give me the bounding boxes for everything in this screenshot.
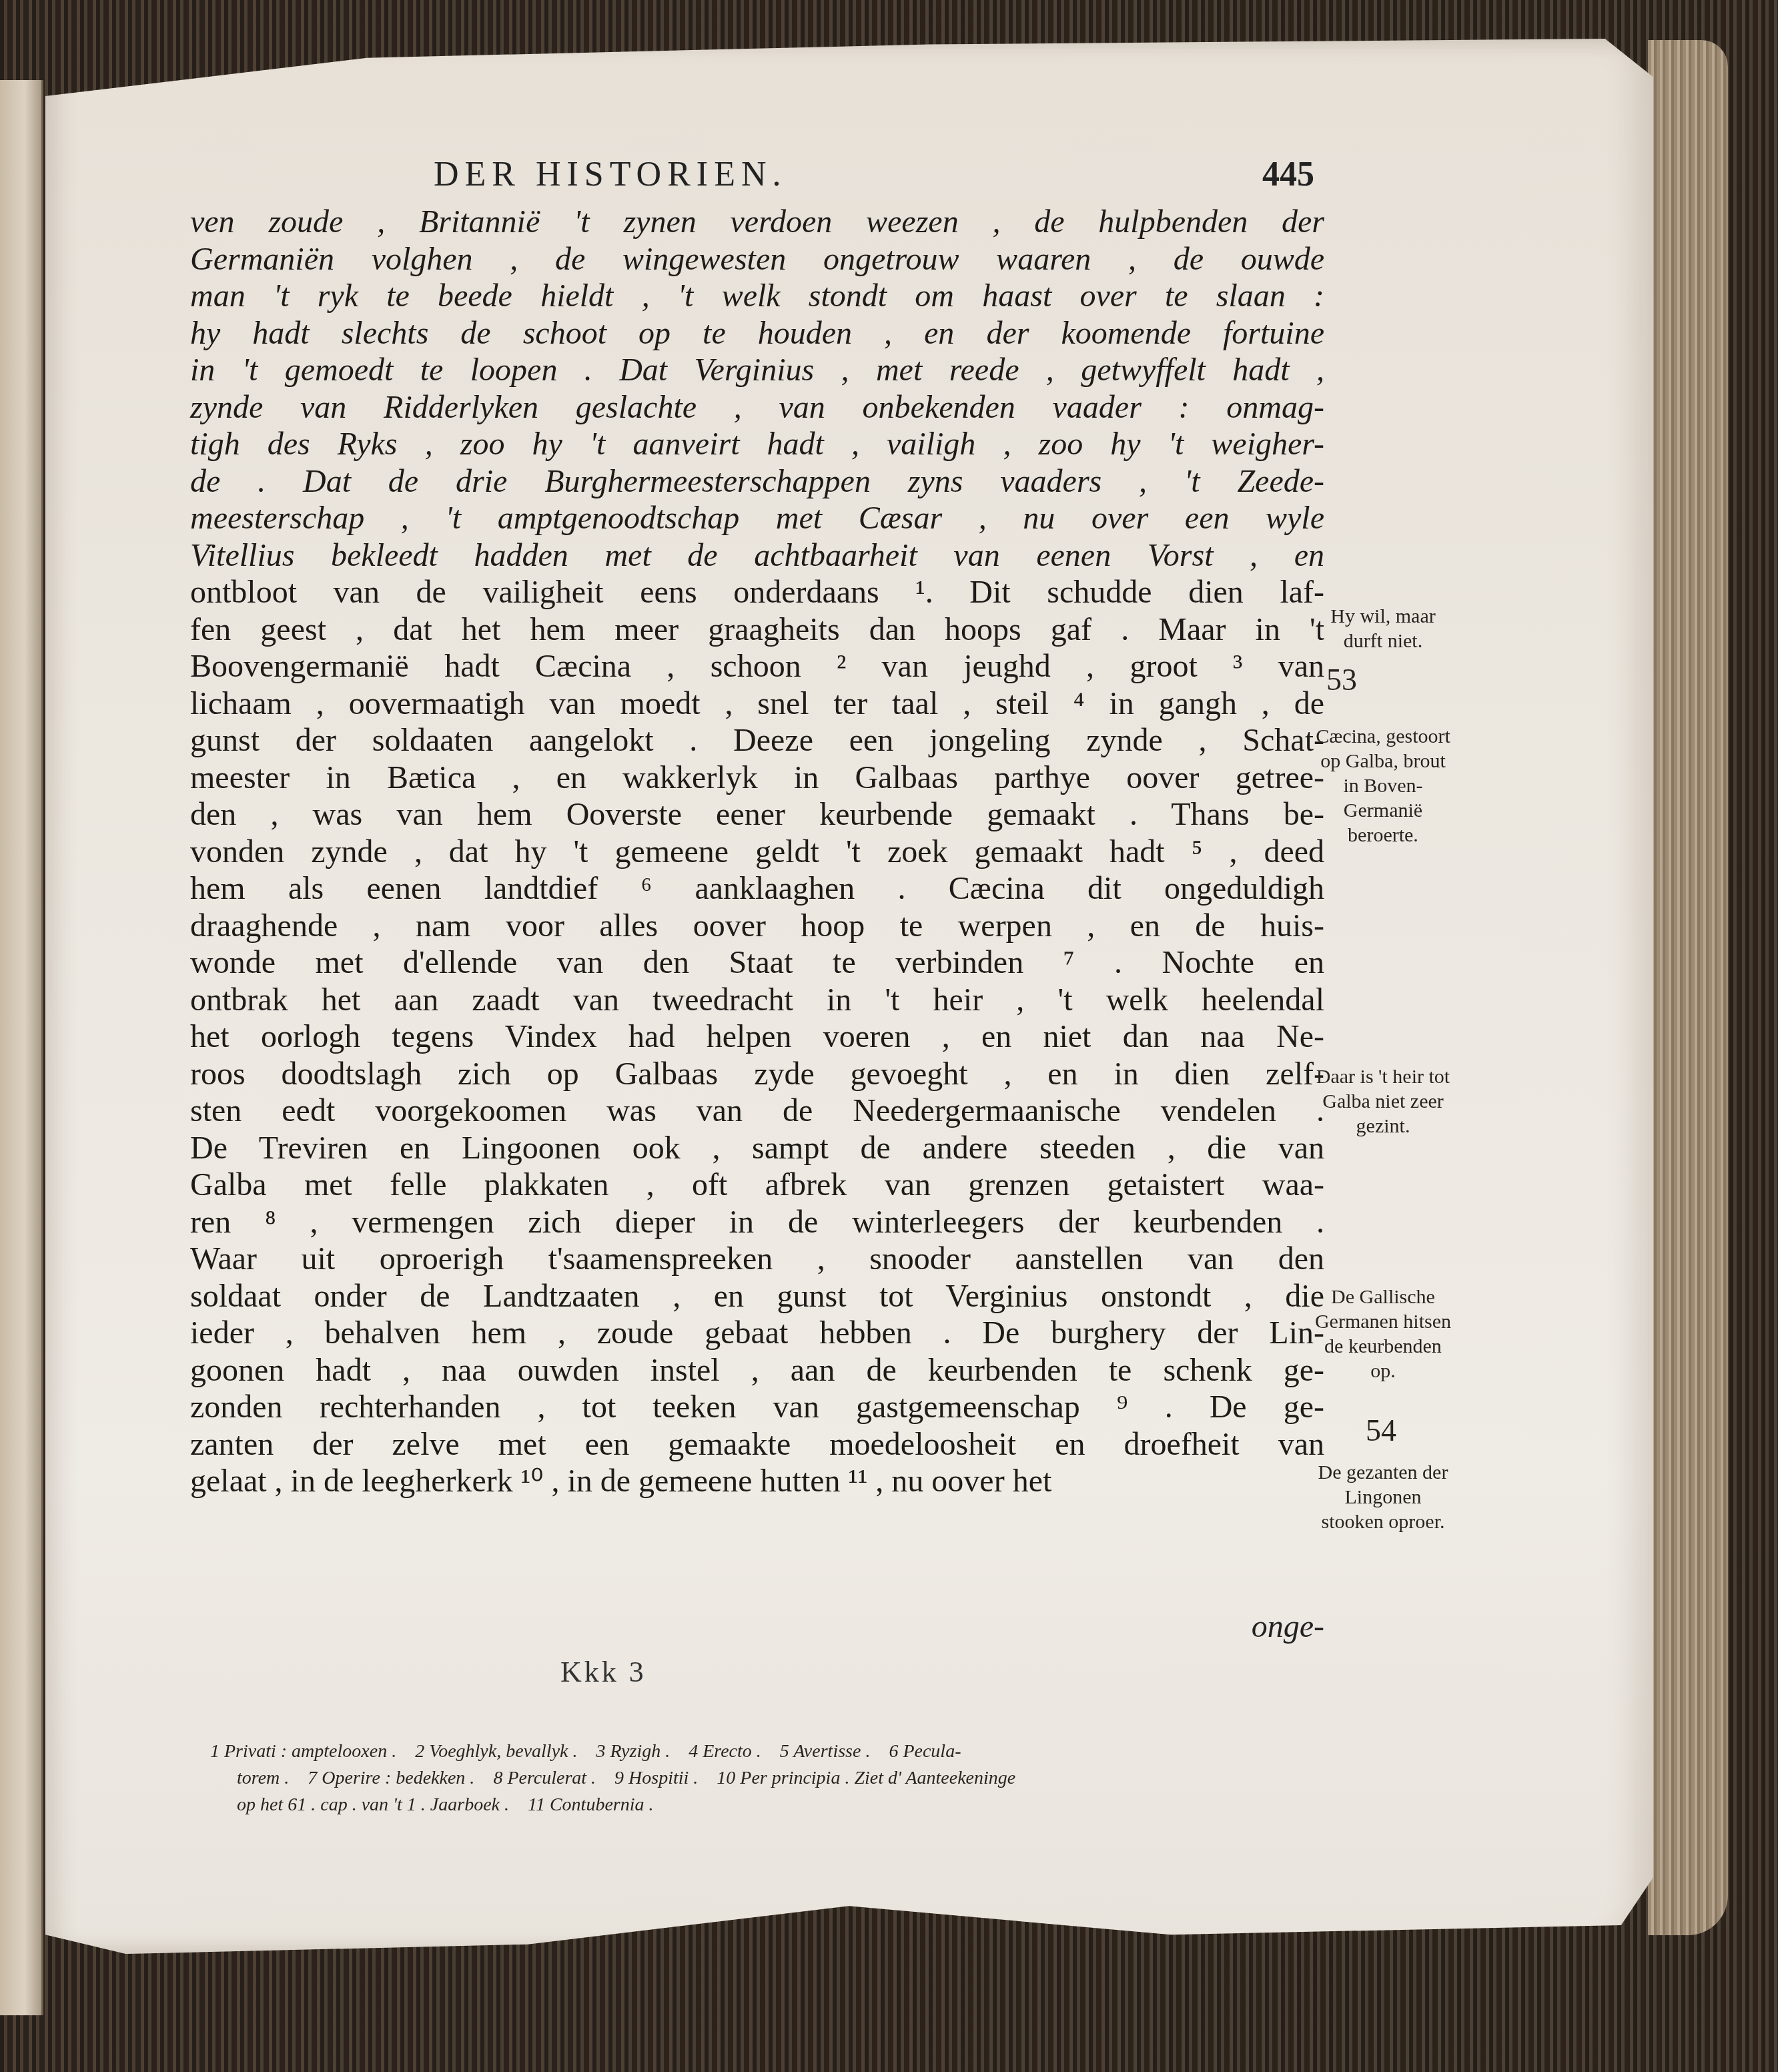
page-number: 445 [1262,155,1314,194]
text-line: ven zoude , Britannië 't zynen verdoen w… [190,204,1324,241]
text-line: draaghende , nam voor alles oover hoop t… [190,908,1324,945]
text-line: zynde van Ridderlyken geslachte , van on… [190,389,1324,426]
text-line: ontbloot van de vailigheit eens onderdaa… [190,574,1324,611]
margin-note-gezanten: De gezanten der Lingonen stooken oproer. [1313,1460,1453,1534]
footnote-item: 10 Per principia . Ziet d' Aanteekeninge [717,1768,1015,1788]
text-line: Waar uit oproerigh t'saamenspreeken , sn… [190,1241,1324,1278]
footnote-item: 1 Privati : amptelooxen . [210,1741,396,1762]
margin-note-hy-wil: Hy wil, maar durft niet. [1313,604,1453,653]
text-line: tigh des Ryks , zoo hy 't aanveirt hadt … [190,426,1324,463]
footnote-item: op het 61 . cap . van 't 1 . Jaarboek . [237,1794,509,1815]
text-line: De Treviren en Lingoonen ook , sampt de … [190,1130,1324,1167]
text-line: Germaniën volghen , de wingewesten onget… [190,241,1324,278]
text-line: ontbrak het aan zaadt van tweedracht in … [190,982,1324,1019]
text-line: meesterschap , 't amptgenoodtschap met C… [190,500,1324,537]
text-line: het oorlogh tegens Vindex had helpen voe… [190,1018,1324,1056]
text-line: ren ⁸ , vermengen zich dieper in de wint… [190,1204,1324,1241]
footnote-item: 11 Contubernia . [528,1794,653,1815]
text-line: wonde met d'ellende van den Staat te ver… [190,944,1324,982]
signature-mark: Kkk 3 [560,1655,646,1689]
footnote-line-1: 1 Privati : amptelooxen .2 Voeghlyk, bev… [210,1738,1344,1765]
text-line: meester in Bætica , en wakkerlyk in Galb… [190,759,1324,797]
text-line: sten eedt voorgekoomen was van de Needer… [190,1092,1324,1130]
text-line: de . Dat de drie Burghermeesterschappen … [190,463,1324,500]
margin-note-gallische-germanen: De Gallische Germanen hitsen de keurbend… [1313,1285,1453,1383]
text-line: ieder , behalven hem , zoude gebaat hebb… [190,1315,1324,1352]
text-line: zonden rechterhanden , tot teeken van ga… [190,1389,1324,1426]
footnotes: 1 Privati : amptelooxen .2 Voeghlyk, bev… [210,1738,1344,1818]
footnote-item: 2 Voeghlyk, bevallyk . [415,1741,577,1762]
text-line: Galba met felle plakkaten , oft afbrek v… [190,1166,1324,1204]
margin-note-caecina: Cæcina, gestoort op Galba, brout in Bove… [1313,724,1453,847]
footnote-item: 6 Pecula- [889,1741,961,1762]
section-number: 54 [1366,1418,1396,1443]
catchword: onge- [1252,1608,1324,1645]
text-line: vonden zynde , dat hy 't gemeene geldt '… [190,833,1324,871]
left-page-edge [0,80,43,2015]
footnote-item: 5 Avertisse . [780,1741,871,1762]
text-line: hem als eenen landtdief ⁶ aanklaaghen . … [190,870,1324,908]
text-line: Boovengermanië hadt Cæcina , schoon ² va… [190,648,1324,685]
margin-section-number-54: 54 [1313,1418,1453,1447]
footnote-item: 9 Hospitii . [614,1768,698,1788]
text-line: roos doodtslagh zich op Galbaas zyde gev… [190,1056,1324,1093]
margin-note-heir: Daar is 't heir tot Galba niet zeer gezi… [1313,1064,1453,1138]
text-line: man 't ryk te beede hieldt , 't welk sto… [190,278,1324,315]
text-line: lichaam , oovermaatigh van moedt , snel … [190,685,1324,723]
text-line: Vitellius bekleedt hadden met de achtbaa… [190,537,1324,575]
catchword-row: onge- [190,1642,1324,1682]
text-line: gelaat , in de leegherkerk ¹⁰ , in de ge… [190,1463,1324,1500]
running-head-title: DER HISTORIEN. [434,155,787,194]
footnote-item: 7 Operire : bedekken . [308,1768,474,1788]
text-line: goonen hadt , naa ouwden instel , aan de… [190,1352,1324,1389]
footnote-item: torem . [237,1768,289,1788]
margin-section-number-53: 53 [1313,667,1466,696]
footnote-line-3: op het 61 . cap . van 't 1 . Jaarboek .1… [210,1792,1344,1818]
footnote-item: 3 Ryzigh . [596,1741,671,1762]
footnote-line-2: torem .7 Operire : bedekken .8 Perculera… [210,1765,1344,1792]
text-line: fen geest , dat het hem meer graagheits … [190,611,1324,649]
text-line: gunst der soldaaten aangelokt . Deeze ee… [190,722,1324,759]
text-line: soldaat onder de Landtzaaten , en gunst … [190,1278,1324,1315]
book-page-edges [1648,40,1728,1935]
body-text: ven zoude , Britannië 't zynen verdoen w… [190,204,1324,1500]
footnote-item: 4 Erecto . [689,1741,761,1762]
text-line: den , was van hem Ooverste eener keurben… [190,796,1324,833]
text-line: zanten der zelve met een gemaakte moedel… [190,1426,1324,1463]
section-number: 53 [1326,667,1357,692]
running-head: DER HISTORIEN. 445 [434,155,1314,194]
text-line: in 't gemoedt te loopen . Dat Verginius … [190,352,1324,389]
footnote-item: 8 Perculerat . [493,1768,596,1788]
text-line: hy hadt slechts de schoot op te houden ,… [190,315,1324,352]
